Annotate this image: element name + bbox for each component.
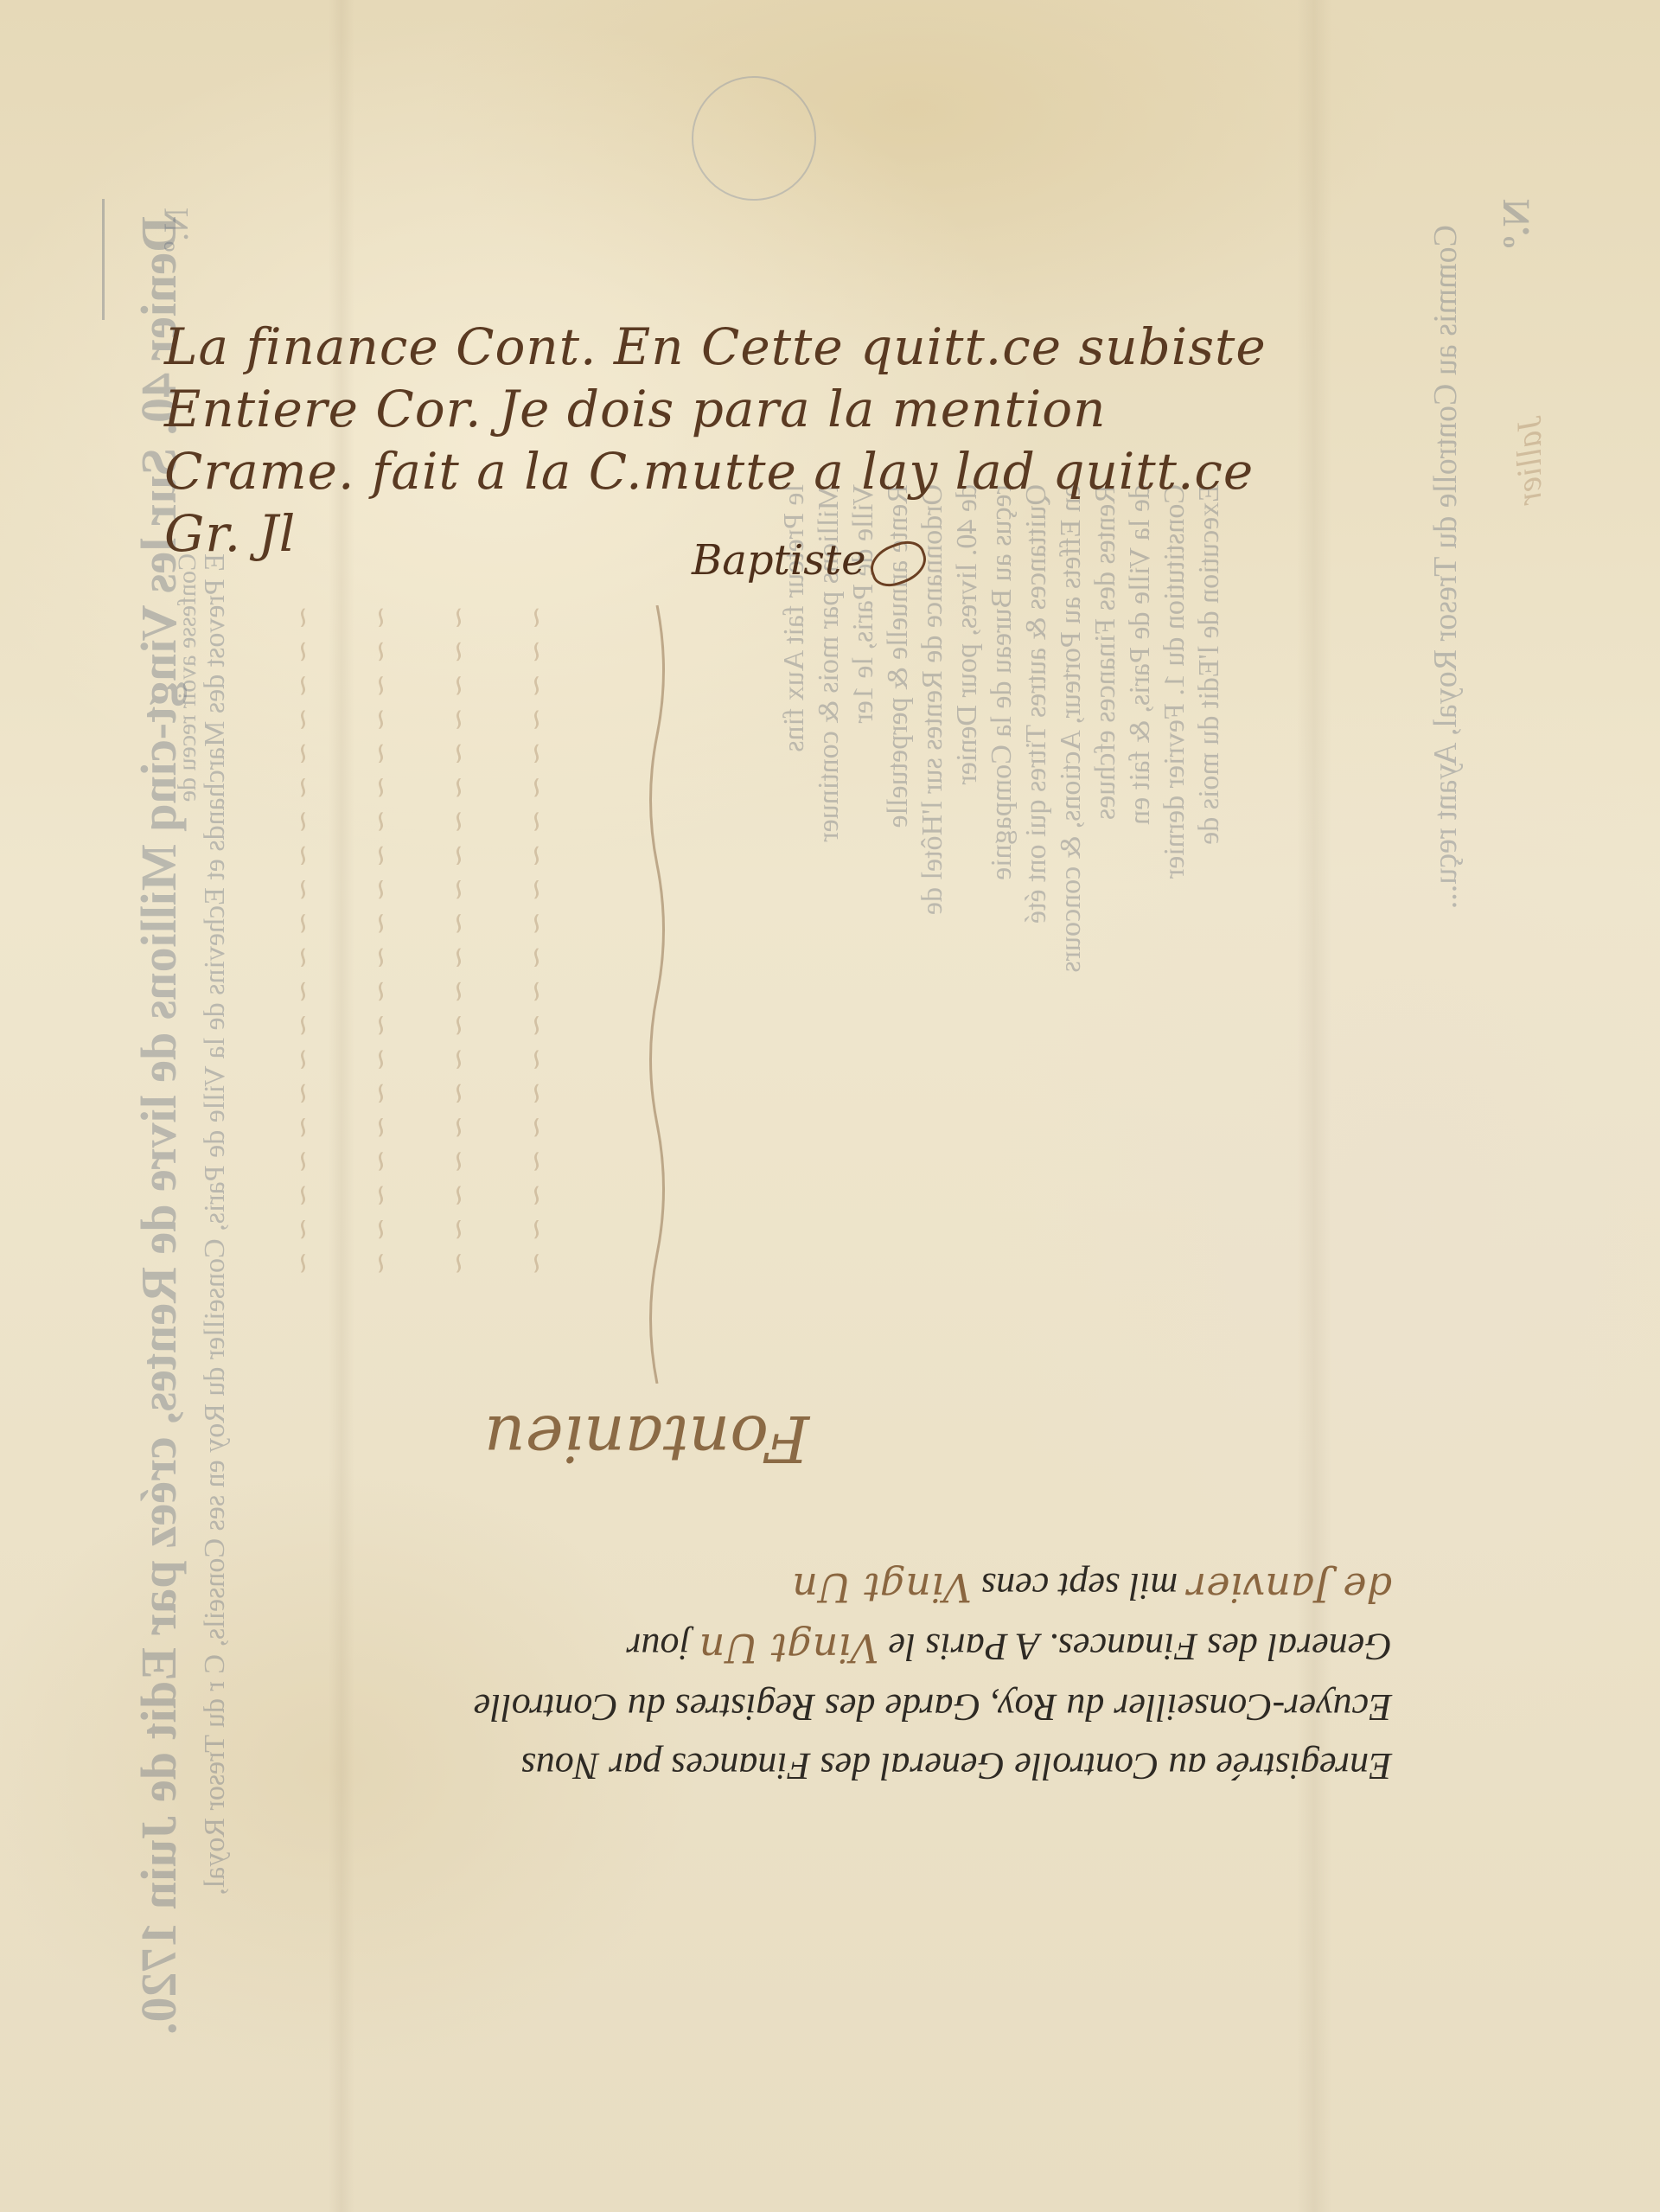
annotation-signature-text: Baptiste [692,536,866,585]
handwritten-annotation: La finance Cont. En Cette quitt.ce subis… [164,316,1245,565]
bleed-right-number-label: N.º [1494,199,1538,248]
bleed-right-line: Commis au Controlle du Tresor Royal, Aya… [1427,225,1465,909]
handwritten-month: de Janvier [1187,1564,1392,1611]
annotation-line: Entiere Cor. Je dois para la mention [164,378,1245,440]
bleed-left-number-label: N.º [156,208,196,252]
printed-line: Ecuyer-Conseiller du Roy, Garde des Regi… [398,1678,1392,1736]
parchment-sheet: Denier 40. Sur les Vingt-cinq Millions d… [0,0,1660,2212]
wavy-pen-line [640,605,674,1384]
printed-registration-block: Enregistrée au Controlle General des Fin… [398,1557,1392,1795]
fold-crease [1297,0,1331,2212]
circular-stamp-impression [692,76,816,201]
faint-handwriting-bleed: ~ ~ ~ ~ ~ ~ ~ ~ ~ ~ ~ ~ ~ ~ ~ ~ ~ ~ ~ ~ [363,605,398,1275]
faint-handwriting-bleed: ~ ~ ~ ~ ~ ~ ~ ~ ~ ~ ~ ~ ~ ~ ~ ~ ~ ~ ~ ~ [441,605,476,1275]
bleed-left-second-line: E Prevost des Marchands et Echevins de l… [199,553,232,1896]
annotation-signature: Baptiste [692,536,927,585]
printed-line: Enregistrée au Controlle General des Fin… [398,1736,1392,1795]
main-signature: Fontanieu [484,1401,809,1475]
annotation-line: La finance Cont. En Cette quitt.ce subis… [164,316,1245,378]
faint-handwriting-bleed: ~ ~ ~ ~ ~ ~ ~ ~ ~ ~ ~ ~ ~ ~ ~ ~ ~ ~ ~ ~ [285,605,320,1275]
printed-jour: jour [626,1626,689,1668]
faint-handwriting-bleed: ~ ~ ~ ~ ~ ~ ~ ~ ~ ~ ~ ~ ~ ~ ~ ~ ~ ~ ~ ~ [519,605,553,1275]
printed-line-year: de Janvier mil sept cens Vingt Un [398,1557,1392,1617]
printed-line-date: General des Finances. A Paris le Vingt U… [398,1617,1392,1678]
handwritten-year: Vingt Un [792,1564,972,1611]
bleed-rule [102,199,105,320]
bleed-left-third-line: Confesse avoir receu de [173,553,202,802]
paraph-flourish-icon [865,535,932,592]
handwritten-day: Vingt Un [699,1625,879,1672]
annotation-line: Crame. fait a la C.mutte a lay lad quitt… [164,440,1245,502]
printed-line: General des Finances. A Paris le [888,1626,1392,1668]
printed-line: mil sept cens [981,1565,1178,1608]
bleed-center-block: Execution de l'Edit du mois de Constitut… [744,484,1228,1505]
bleed-right-handwritten: Jallier [1509,415,1549,505]
